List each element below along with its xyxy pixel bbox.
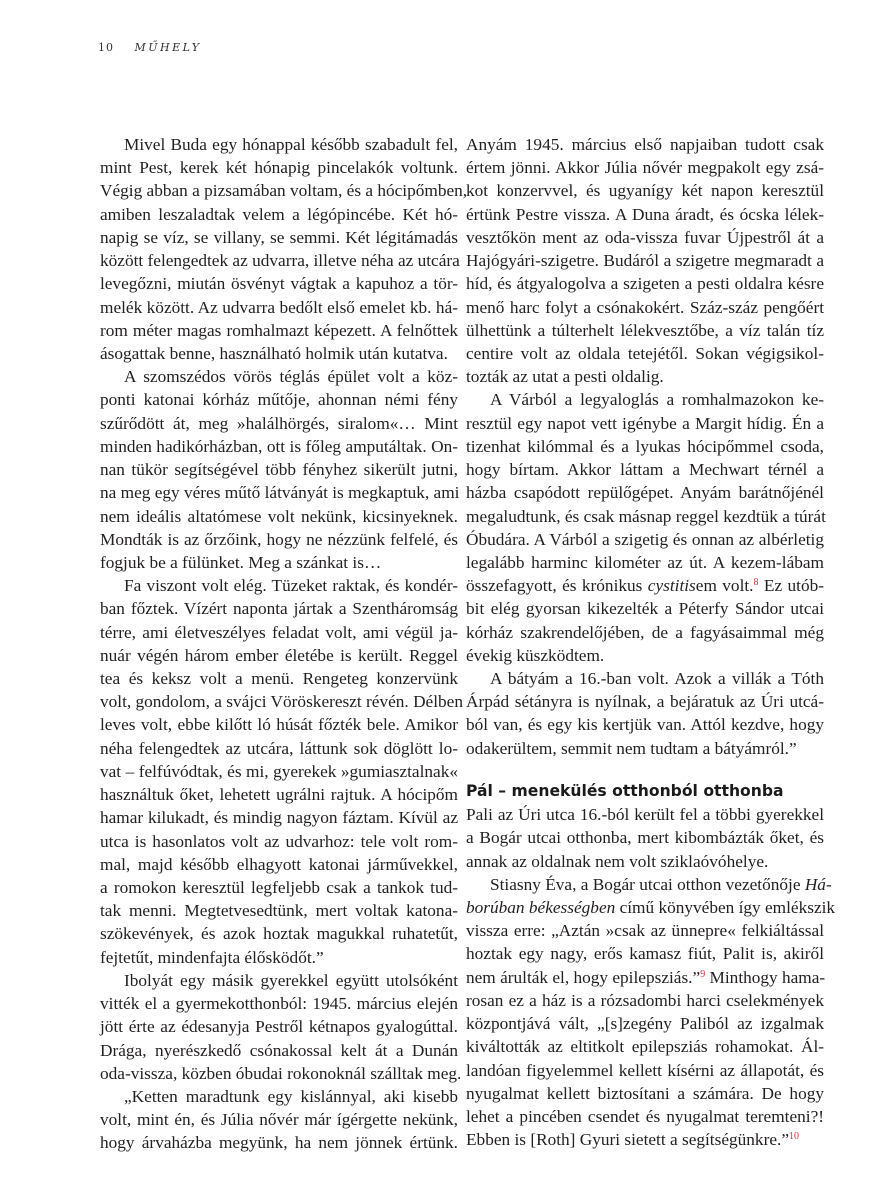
text-line: A Várból a legyaloglás a romhalmazokon k… <box>466 388 824 411</box>
text-line: rom méter magas romhalmazt képezett. A f… <box>100 319 458 342</box>
right-block-c: Pali az Úri utca 16.-ból került fel a tö… <box>466 803 824 873</box>
text-line: ban főztek. Vízért naponta jártak a Szen… <box>100 597 458 620</box>
text-line: nan tükör segítségével több fényhez sike… <box>100 458 458 481</box>
text-line: volt, gondolom, a svájci Vöröskereszt ré… <box>100 690 458 713</box>
text-line: oda-vissza, közben óbudai rokonoknál szá… <box>100 1062 458 1085</box>
text-line: na meg egy véres műtő látványát is megka… <box>100 481 458 504</box>
text-line: nyugalmat kellett biztosítani a számára.… <box>466 1082 824 1105</box>
text-line: Ibolyát egy másik gyerekkel együtt utols… <box>100 969 458 992</box>
text-span: Minthogy hama- <box>705 968 825 987</box>
text-line: vissza erre: „Aztán »csak az ünnepre« fe… <box>466 919 824 942</box>
section-heading: Pál – menekülés otthonból otthonba <box>466 780 824 803</box>
text-line-stiasny: Stiasny Éva, a Bogár utcai otthon vezető… <box>466 873 824 896</box>
text-line: kot konzervvel, és ugyanígy két napon ke… <box>466 179 824 202</box>
text-line: nem ideális altatómese volt nekünk, kics… <box>100 505 458 528</box>
text-line: ból van, és egy kis kertjük van. Attól k… <box>466 713 824 736</box>
text-line: A bátyám a 16.-ban volt. Azok a villák a… <box>466 667 824 690</box>
running-head: 10 MŰHELY <box>98 41 202 54</box>
text-line: Hajógyári-szigetre. Budáról a szigetre m… <box>466 249 824 272</box>
text-line: menő harc folyt a csónakokért. Száz-száz… <box>466 296 824 319</box>
text-line-book: borúban békességben című könyvében így e… <box>466 896 824 919</box>
text-line: landóan figyelemmel kellett kísérni az á… <box>466 1059 824 1082</box>
text-line: levegőzni, miután ösvényt vágtak a kapuh… <box>100 272 458 295</box>
text-line: értem jönni. Akkor Júlia nővér megpakolt… <box>466 156 824 179</box>
text-line: nuár végén három ember életébe is került… <box>100 644 458 667</box>
text-line: hoztak egy nagy, erős kamasz fiút, Palit… <box>466 942 824 965</box>
text-line: rosan ez a ház is a rózsadombi harci cse… <box>466 989 824 1012</box>
section-gap <box>466 760 824 780</box>
italic-term: cystitis <box>648 576 696 595</box>
text-line: amiben leszaladtak velem a légópincébe. … <box>100 203 458 226</box>
text-line: Végig abban a pizsamában voltam, és a hó… <box>100 179 458 202</box>
text-span: em volt. <box>696 576 754 595</box>
text-line: néha felengedtek az utcára, láttunk sok … <box>100 737 458 760</box>
text-line: a Bogár utcai otthonba, mert kibombázták… <box>466 826 824 849</box>
text-line: lehet a pincében csendet és nyugalmat te… <box>466 1105 824 1128</box>
text-line: vat – felfúvódtak, és mi, gyerekek »gumi… <box>100 760 458 783</box>
text-line: központjává vált, „[s]zegény Paliból az … <box>466 1012 824 1035</box>
text-line: értünk Pestre vissza. A Duna áradt, és ó… <box>466 203 824 226</box>
text-line: kiváltották az eltitkolt epilepsziás roh… <box>466 1035 824 1058</box>
text-line: hogy árvaházba megyünk, ha nem jönnek ér… <box>100 1131 458 1154</box>
text-line: Óbudára. A Várból a szigetig és onnan az… <box>466 528 824 551</box>
text-span: Ebben is [Roth] Gyuri sietett a segítség… <box>466 1130 789 1149</box>
text-line: minden hadikórházban, ott is főleg amput… <box>100 435 458 458</box>
text-line: tozták az utat a pesti oldalig. <box>466 365 824 388</box>
text-span: nem árulták el, hogy epilepsziás.” <box>466 968 700 987</box>
italic-book-title: Há- <box>805 875 832 894</box>
text-line: legalább harminc kilométer az út. A keze… <box>466 551 824 574</box>
text-line: megaludtunk, és csak másnap reggel kezdt… <box>466 505 824 528</box>
journal-title: MŰHELY <box>135 41 202 54</box>
right-block-e: rosan ez a ház is a rózsadombi harci cse… <box>466 989 824 1128</box>
text-line-fn10: Ebben is [Roth] Gyuri sietett a segítség… <box>466 1128 824 1151</box>
text-line: fogjuk be a fülünket. Meg a szánkat is… <box>100 551 458 574</box>
text-line: használtuk őket, lehetett ugrálni rajtuk… <box>100 783 458 806</box>
text-line: szökevények, és azok hoztak magukkal ruh… <box>100 922 458 945</box>
text-line: melék között. Az udvarra bedőlt első eme… <box>100 296 458 319</box>
page-number: 10 <box>98 41 114 54</box>
text-line: híd, és átgyalogolva a szigeten a pesti … <box>466 272 824 295</box>
text-line: utca is hasonlatos volt az udvarhoz: tel… <box>100 830 458 853</box>
text-line: között felengedtek az udvarra, illetve n… <box>100 249 458 272</box>
text-line: ásogattak benne, használható holmik után… <box>100 342 458 365</box>
text-line: kórház szakrendelőjében, de a fagyásaimm… <box>466 621 824 644</box>
text-span: összefagyott, és krónikus <box>466 576 648 595</box>
text-line: házba csapódott repülőgépet. Anyám barát… <box>466 481 824 504</box>
text-line: Árpád sétányra is nyílnak, a bejáratuk a… <box>466 690 824 713</box>
text-line: odakerültem, semmit nem tudtam a bátyámr… <box>466 737 824 760</box>
right-column: Anyám 1945. március első napjaiban tudot… <box>466 133 824 1151</box>
text-line: annak az oldalnak nem volt sziklaóvóhely… <box>466 850 824 873</box>
text-line: tak menni. Megtetvesedtünk, mert voltak … <box>100 899 458 922</box>
text-line: a romokon keresztül legfeljebb csak a ta… <box>100 876 458 899</box>
text-line: Fa viszont volt elég. Tüzeket raktak, és… <box>100 574 458 597</box>
text-line: fejtetűt, mindenfajta élősködőt.” <box>100 946 458 969</box>
text-line: hamar kilukadt, és mindig nagyon fáztam.… <box>100 806 458 829</box>
left-column: Mivel Buda egy hónappal később szabadult… <box>100 133 458 1155</box>
text-line: A szomszédos vörös téglás épület volt a … <box>100 365 458 388</box>
text-line: tizenhat kilómmal és a lyukas hócipőmmel… <box>466 435 824 458</box>
text-line: térre, ami életveszélyes feladat volt, a… <box>100 621 458 644</box>
text-line: vitték el a gyermekotthonból: 1945. márc… <box>100 992 458 1015</box>
text-line: tea és keksz volt a menü. Rengeteg konze… <box>100 667 458 690</box>
text-line: mal, majd később elhagyott katonai jármű… <box>100 853 458 876</box>
text-line: bit elég gyorsan kikezelték a Péterfy Sá… <box>466 597 824 620</box>
text-line: vesztőkön ment az oda-vissza fuvar Újpes… <box>466 226 824 249</box>
text-line: „Ketten maradtunk egy kislánnyal, aki ki… <box>100 1085 458 1108</box>
text-line: mint Pest, kerek két hónapig pincelakók … <box>100 156 458 179</box>
text-line: jött érte az édesanyja Pestről kétnapos … <box>100 1015 458 1038</box>
text-line-cystitis: összefagyott, és krónikus cystitisem vol… <box>466 574 824 597</box>
text-span: Ez utób- <box>759 576 825 595</box>
text-line: ponti katonai kórház műtője, ahonnan ném… <box>100 388 458 411</box>
text-line-fn9: nem árulták el, hogy epilepsziás.”9 Mint… <box>466 966 824 989</box>
text-line: volt, mint én, és Júlia nővér már ígérge… <box>100 1108 458 1131</box>
text-line: szűrődött át, meg »halálhörgés, siralom«… <box>100 412 458 435</box>
right-block-b: bit elég gyorsan kikezelték a Péterfy Sá… <box>466 597 824 760</box>
right-block-d: vissza erre: „Aztán »csak az ünnepre« fe… <box>466 919 824 965</box>
text-span: című könyvében így emlékszik <box>615 898 835 917</box>
right-block-a: Anyám 1945. március első napjaiban tudot… <box>466 133 824 574</box>
text-span: Stiasny Éva, a Bogár utcai otthon vezető… <box>490 875 805 894</box>
text-line: centire volt az oldala tetejétől. Sokan … <box>466 342 824 365</box>
text-line: Mivel Buda egy hónappal később szabadult… <box>100 133 458 156</box>
text-line: ülhettünk a túlterhelt lélekvesztőbe, a … <box>466 319 824 342</box>
text-line: Mondták is az őrzőink, hogy ne nézzünk f… <box>100 528 458 551</box>
text-line: hogy bírtam. Akkor láttam a Mechwart tér… <box>466 458 824 481</box>
text-line: Drága, nyerészkedő csónakossal kelt át a… <box>100 1039 458 1062</box>
text-line: leves volt, ebbe kilőtt ló húsát főzték … <box>100 713 458 736</box>
text-line: Anyám 1945. március első napjaiban tudot… <box>466 133 824 156</box>
text-line: resztül egy napot vett igénybe a Margit … <box>466 412 824 435</box>
footnote-marker-10[interactable]: 10 <box>789 1131 799 1142</box>
text-line: napig se víz, se villany, se semmi. Két … <box>100 226 458 249</box>
italic-book-title: borúban békességben <box>466 898 615 917</box>
text-line: évekig küszködtem. <box>466 644 824 667</box>
text-line: Pali az Úri utca 16.-ból került fel a tö… <box>466 803 824 826</box>
document-page: 10 MŰHELY Mivel Buda egy hónappal később… <box>0 0 880 1200</box>
